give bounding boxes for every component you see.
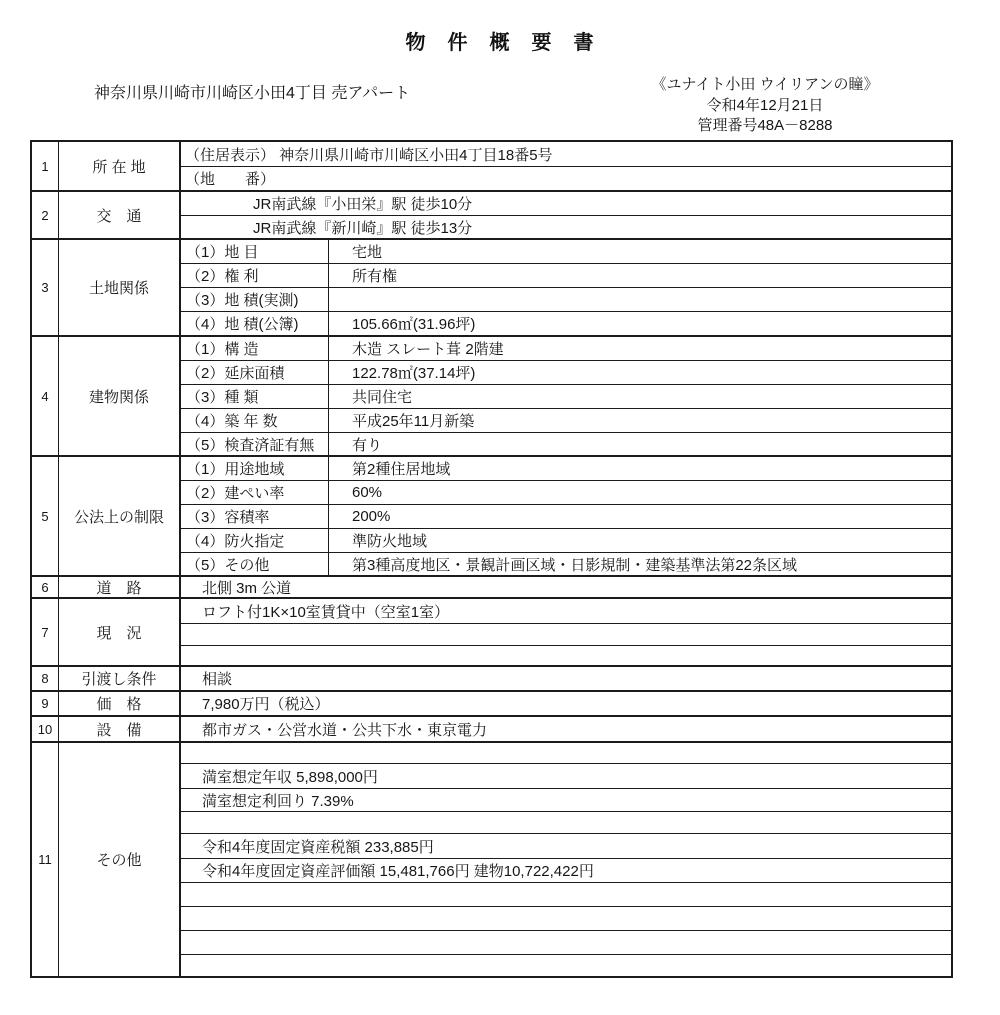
field-label: （1）構 造 <box>181 337 329 360</box>
row-content: （1）地 目 宅地 （2）権 利 所有権 （3）地 積(実測) （4）地 積(公… <box>181 240 951 335</box>
field-label: （5）その他 <box>181 553 329 575</box>
field-line-road: 北側 3m 公道 <box>181 577 951 597</box>
row-content: 7,980万円（税込） <box>181 692 951 715</box>
field-row: （1）用途地域 第2種住居地域 <box>181 457 951 481</box>
field-value: 所有権 <box>329 264 951 287</box>
field-line-property-tax: 令和4年度固定資産税額 233,885円 <box>181 834 951 859</box>
field-value: 第3種高度地区・景観計画区域・日影規制・建築基準法第22条区域 <box>329 553 951 575</box>
row-category-label: 建物関係 <box>59 337 181 455</box>
field-line-address-display: （住居表示） 神奈川県川崎市川崎区小田4丁目18番5号 <box>181 142 951 167</box>
field-label: （3）地 積(実測) <box>181 288 329 311</box>
field-line-price: 7,980万円（税込） <box>181 692 951 715</box>
field-line-assessed-value: 令和4年度固定資産評価額 15,481,766円 建物10,722,422円 <box>181 859 951 883</box>
field-row: （4）地 積(公簿) 105.66㎡(31.96坪) <box>181 312 951 335</box>
property-name: 《ユナイト小田 ウイリアンの瞳》 <box>565 75 965 96</box>
row-number: 6 <box>32 577 59 597</box>
row-number: 8 <box>32 667 59 690</box>
field-row: （4）築 年 数 平成25年11月新築 <box>181 409 951 433</box>
row-category-label: 道 路 <box>59 577 181 597</box>
field-row: （1）構 造 木造 スレート葺 2階建 <box>181 337 951 361</box>
field-row: （3）地 積(実測) <box>181 288 951 312</box>
field-line-empty <box>181 812 951 834</box>
field-value: 共同住宅 <box>329 385 951 408</box>
field-row: （5）検査済証有無 有り <box>181 433 951 455</box>
field-value: 105.66㎡(31.96坪) <box>329 312 951 335</box>
field-label: （4）築 年 数 <box>181 409 329 432</box>
field-value: 木造 スレート葺 2階建 <box>329 337 951 360</box>
row-category-label: 設 備 <box>59 717 181 741</box>
field-line-occupancy: ロフト付1K×10室賃貸中（空室1室） <box>181 599 951 624</box>
row-number: 7 <box>32 599 59 665</box>
field-row: （2）権 利 所有権 <box>181 264 951 288</box>
field-value: 有り <box>329 433 951 455</box>
table-row-price: 9 価 格 7,980万円（税込） <box>32 692 951 717</box>
row-content: （1）構 造 木造 スレート葺 2階建 （2）延床面積 122.78㎡(37.1… <box>181 337 951 455</box>
field-line-full-occupancy-yield: 満室想定利回り 7.39% <box>181 789 951 812</box>
row-category-label: 価 格 <box>59 692 181 715</box>
row-number: 5 <box>32 457 59 575</box>
field-value: 200% <box>329 505 951 528</box>
field-row: （2）延床面積 122.78㎡(37.14坪) <box>181 361 951 385</box>
row-number: 3 <box>32 240 59 335</box>
field-line-empty <box>181 907 951 931</box>
row-content: 満室想定年収 5,898,000円 満室想定利回り 7.39% 令和4年度固定資… <box>181 743 951 976</box>
field-line-handover: 相談 <box>181 667 951 690</box>
field-line-lot-number: （地 番） <box>181 167 951 190</box>
header-right-block: 《ユナイト小田 ウイリアンの瞳》 令和4年12月21日 管理番号48A－8288 <box>565 75 965 137</box>
row-category-label: 交 通 <box>59 192 181 238</box>
field-line-empty <box>181 931 951 955</box>
field-label: （1）用途地域 <box>181 457 329 480</box>
row-content: 北側 3m 公道 <box>181 577 951 597</box>
field-row: （4）防火指定 準防火地域 <box>181 529 951 553</box>
row-category-label: 土地関係 <box>59 240 181 335</box>
field-row: （3）種 類 共同住宅 <box>181 385 951 409</box>
field-line-empty <box>181 955 951 976</box>
field-label: （3）容積率 <box>181 505 329 528</box>
row-content: （住居表示） 神奈川県川崎市川崎区小田4丁目18番5号 （地 番） <box>181 142 951 190</box>
field-value: 第2種住居地域 <box>329 457 951 480</box>
row-content: JR南武線『小田栄』駅 徒歩10分 JR南武線『新川崎』駅 徒歩13分 <box>181 192 951 238</box>
field-line-utilities: 都市ガス・公営水道・公共下水・東京電力 <box>181 717 951 741</box>
table-row-legal-restrictions: 5 公法上の制限 （1）用途地域 第2種住居地域 （2）建ぺい率 60% （3）… <box>32 457 951 577</box>
row-category-label: 現 況 <box>59 599 181 665</box>
page-title: 物 件 概 要 書 <box>0 26 1000 55</box>
table-row-handover-terms: 8 引渡し条件 相談 <box>32 667 951 692</box>
field-value: 平成25年11月新築 <box>329 409 951 432</box>
field-value: 宅地 <box>329 240 951 263</box>
field-line-empty <box>181 743 951 764</box>
field-label: （1）地 目 <box>181 240 329 263</box>
field-line-full-occupancy-income: 満室想定年収 5,898,000円 <box>181 764 951 789</box>
row-number: 10 <box>32 717 59 741</box>
table-row-location: 1 所 在 地 （住居表示） 神奈川県川崎市川崎区小田4丁目18番5号 （地 番… <box>32 142 951 192</box>
field-value <box>329 288 951 311</box>
table-row-building: 4 建物関係 （1）構 造 木造 スレート葺 2階建 （2）延床面積 122.7… <box>32 337 951 457</box>
row-content: 相談 <box>181 667 951 690</box>
row-category-label: その他 <box>59 743 181 976</box>
property-summary-table: 1 所 在 地 （住居表示） 神奈川県川崎市川崎区小田4丁目18番5号 （地 番… <box>30 140 953 978</box>
field-row: （1）地 目 宅地 <box>181 240 951 264</box>
row-number: 2 <box>32 192 59 238</box>
field-row: （2）建ぺい率 60% <box>181 481 951 505</box>
property-location-heading: 神奈川県川崎市川崎区小田4丁目 売アパート <box>94 80 410 103</box>
row-number: 9 <box>32 692 59 715</box>
field-label: （3）種 類 <box>181 385 329 408</box>
field-label: （2）建ぺい率 <box>181 481 329 504</box>
row-category-label: 公法上の制限 <box>59 457 181 575</box>
field-line-empty <box>181 624 951 646</box>
field-line-station-2: JR南武線『新川崎』駅 徒歩13分 <box>181 216 951 238</box>
row-category-label: 引渡し条件 <box>59 667 181 690</box>
row-number: 1 <box>32 142 59 190</box>
field-label: （5）検査済証有無 <box>181 433 329 455</box>
field-label: （4）地 積(公簿) <box>181 312 329 335</box>
field-row: （5）その他 第3種高度地区・景観計画区域・日影規制・建築基準法第22条区域 <box>181 553 951 575</box>
field-line-empty <box>181 883 951 907</box>
row-number: 11 <box>32 743 59 976</box>
field-row: （3）容積率 200% <box>181 505 951 529</box>
field-label: （2）権 利 <box>181 264 329 287</box>
field-label: （2）延床面積 <box>181 361 329 384</box>
row-category-label: 所 在 地 <box>59 142 181 190</box>
table-row-other: 11 その他 満室想定年収 5,898,000円 満室想定利回り 7.39% 令… <box>32 743 951 976</box>
row-content: 都市ガス・公営水道・公共下水・東京電力 <box>181 717 951 741</box>
document-date: 令和4年12月21日 <box>565 96 965 117</box>
row-content: （1）用途地域 第2種住居地域 （2）建ぺい率 60% （3）容積率 200% … <box>181 457 951 575</box>
table-row-utilities: 10 設 備 都市ガス・公営水道・公共下水・東京電力 <box>32 717 951 743</box>
table-row-land: 3 土地関係 （1）地 目 宅地 （2）権 利 所有権 （3）地 積(実測) （… <box>32 240 951 337</box>
field-label: （4）防火指定 <box>181 529 329 552</box>
control-number: 管理番号48A－8288 <box>565 116 965 137</box>
table-row-current-status: 7 現 況 ロフト付1K×10室賃貸中（空室1室） <box>32 599 951 667</box>
field-value: 60% <box>329 481 951 504</box>
field-line-station-1: JR南武線『小田栄』駅 徒歩10分 <box>181 192 951 216</box>
table-row-road: 6 道 路 北側 3m 公道 <box>32 577 951 599</box>
table-row-access: 2 交 通 JR南武線『小田栄』駅 徒歩10分 JR南武線『新川崎』駅 徒歩13… <box>32 192 951 240</box>
field-line-empty <box>181 646 951 665</box>
field-value: 122.78㎡(37.14坪) <box>329 361 951 384</box>
field-value: 準防火地域 <box>329 529 951 552</box>
row-number: 4 <box>32 337 59 455</box>
row-content: ロフト付1K×10室賃貸中（空室1室） <box>181 599 951 665</box>
